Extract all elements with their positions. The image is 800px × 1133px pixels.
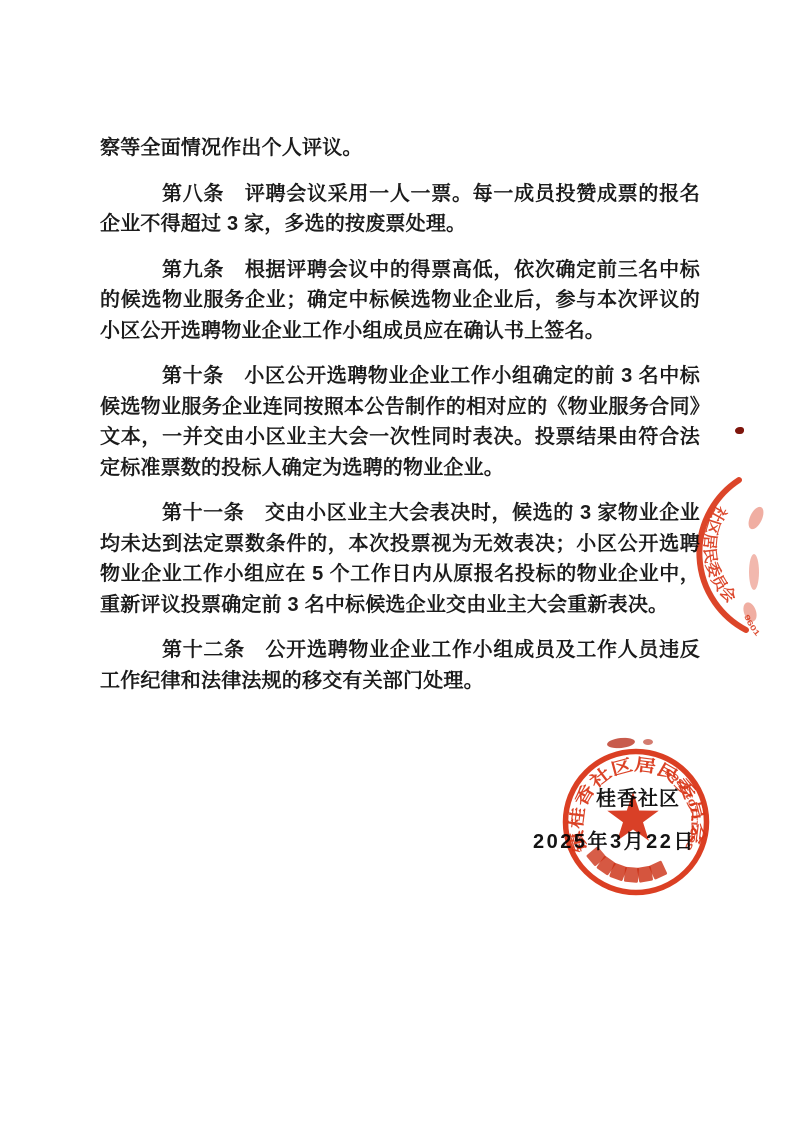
doc-paragraph: 察等全面情况作出个人评议。 <box>100 133 700 164</box>
document-text-block: 察等全面情况作出个人评议。 第八条 评聘会议采用一人一票。每一成员投赞成票的报名… <box>100 133 700 711</box>
partial-official-seal: 社区居民委员会 9601 <box>670 455 800 655</box>
doc-paragraph: 第十条 小区公开选聘物业企业工作小组确定的前 3 名中标候选物业服务企业连同按照… <box>100 361 700 483</box>
ink-speck <box>735 427 744 434</box>
doc-paragraph: 第十一条 交由小区业主大会表决时，候选的 3 家物业企业均未达到法定票数条件的，… <box>100 498 700 620</box>
seal-star-icon <box>607 792 658 841</box>
partial-seal-smudge <box>749 554 759 590</box>
seal-bottom-arc-blurred-text <box>586 846 668 883</box>
doc-paragraph: 第九条 根据评聘会议中的得票高低，依次确定前三名中标的候选物业服务企业；确定中标… <box>100 255 700 347</box>
partial-seal-smudge <box>745 505 766 532</box>
seal-top-smudge <box>643 739 653 745</box>
scanned-document-page: 察等全面情况作出个人评议。 第八条 评聘会议采用一人一票。每一成员投赞成票的报名… <box>0 0 800 1133</box>
doc-paragraph: 第十二条 公开选聘物业企业工作小组成员及工作人员违反工作纪律和法律法规的移交有关… <box>100 635 700 696</box>
official-seal: 镇桂香社区居民委员会 360111013365 <box>525 715 775 915</box>
doc-paragraph: 第八条 评聘会议采用一人一票。每一成员投赞成票的报名企业不得超过 3 家，多选的… <box>100 179 700 240</box>
seal-top-smudge <box>607 737 636 750</box>
